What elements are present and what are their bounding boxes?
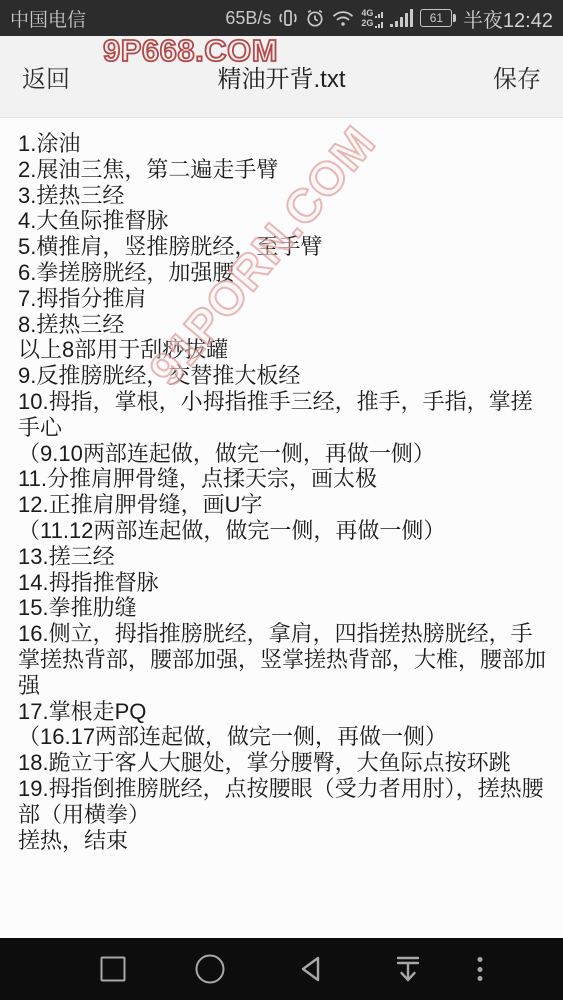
signal-bars-icon: [390, 9, 413, 27]
text-line: 15.拳推肋缝: [18, 595, 546, 621]
text-line: 2.展油三焦，第二遍走手臂: [18, 157, 546, 183]
app-header: 返回 精油开背.txt 保存: [0, 36, 563, 118]
text-line: 3.搓热三经: [18, 183, 546, 209]
back-icon[interactable]: [298, 955, 322, 983]
pulldown-icon[interactable]: [395, 955, 421, 983]
navigation-bar: [0, 938, 563, 1000]
menu-dots-icon[interactable]: [478, 957, 483, 981]
text-line: 4.大鱼际推督脉: [18, 208, 546, 234]
battery-icon: 61: [420, 9, 456, 27]
text-line: 14.拇指推督脉: [18, 570, 546, 596]
text-line: 1.涂油: [18, 131, 546, 157]
phone-screen: 中国电信 65B/s: [0, 0, 563, 1000]
sim2-network-label: 2G: [361, 19, 373, 28]
carrier-label: 中国电信: [10, 5, 86, 32]
text-line: 10.拇指，掌根，小拇指推手三经，推手，手指，掌搓手心: [18, 389, 546, 441]
save-button[interactable]: 保存: [493, 59, 541, 94]
text-line: 17.掌根走PQ: [18, 699, 546, 725]
battery-level: 61: [430, 11, 443, 25]
back-button[interactable]: 返回: [22, 59, 70, 94]
document-body: 1.涂油2.展油三焦，第二遍走手臂3.搓热三经4.大鱼际推督脉5.横推肩，竖推膀…: [18, 131, 546, 853]
text-line: （16.17两部连起做，做完一侧，再做一侧）: [18, 724, 546, 750]
network-speed-label: 65B/s: [225, 8, 271, 29]
wifi-icon: [332, 10, 354, 27]
clock-label: 半夜12:42: [463, 4, 553, 33]
vibrate-icon: [278, 8, 298, 28]
text-line: （11.12两部连起做，做完一侧，再做一侧）: [18, 518, 546, 544]
home-icon[interactable]: [196, 955, 225, 984]
text-line: 13.搓三经: [18, 544, 546, 570]
status-bar: 中国电信 65B/s: [0, 0, 563, 36]
text-line: 16.侧立，拇指推膀胱经，拿肩，四指搓热膀胱经，手掌搓热背部，腰部加强，竖掌搓热…: [18, 621, 546, 698]
page-title: 精油开背.txt: [217, 59, 345, 94]
text-line: 7.拇指分推肩: [18, 286, 546, 312]
text-line: （9.10两部连起做，做完一侧，再做一侧）: [18, 441, 546, 467]
recents-icon[interactable]: [101, 957, 126, 982]
text-editor-area[interactable]: 1.涂油2.展油三焦，第二遍走手臂3.搓热三经4.大鱼际推督脉5.横推肩，竖推膀…: [0, 119, 563, 938]
text-line: 以上8部用于刮痧拔罐: [18, 337, 546, 363]
text-line: 19.拇指倒推膀胱经，点按腰眼（受力者用肘），搓热腰部（用横拳）: [18, 776, 546, 828]
text-line: 9.反推膀胱经，交替推大板经: [18, 363, 546, 389]
alarm-clock-icon: [305, 8, 325, 28]
dual-sim-signal-icon: 4G 2G: [361, 9, 383, 28]
text-line: 搓热，结束: [18, 828, 546, 854]
text-line: 8.搓热三经: [18, 312, 546, 338]
text-line: 5.横推肩，竖推膀胱经，至手臂: [18, 234, 546, 260]
text-line: 6.拳搓膀胱经，加强腰: [18, 260, 546, 286]
text-line: 18.跪立于客人大腿处，掌分腰臀，大鱼际点按环跳: [18, 750, 546, 776]
sim1-network-label: 4G: [361, 9, 373, 18]
text-line: 12.正推肩胛骨缝，画U字: [18, 492, 546, 518]
text-line: 11.分推肩胛骨缝，点揉天宗，画太极: [18, 466, 546, 492]
